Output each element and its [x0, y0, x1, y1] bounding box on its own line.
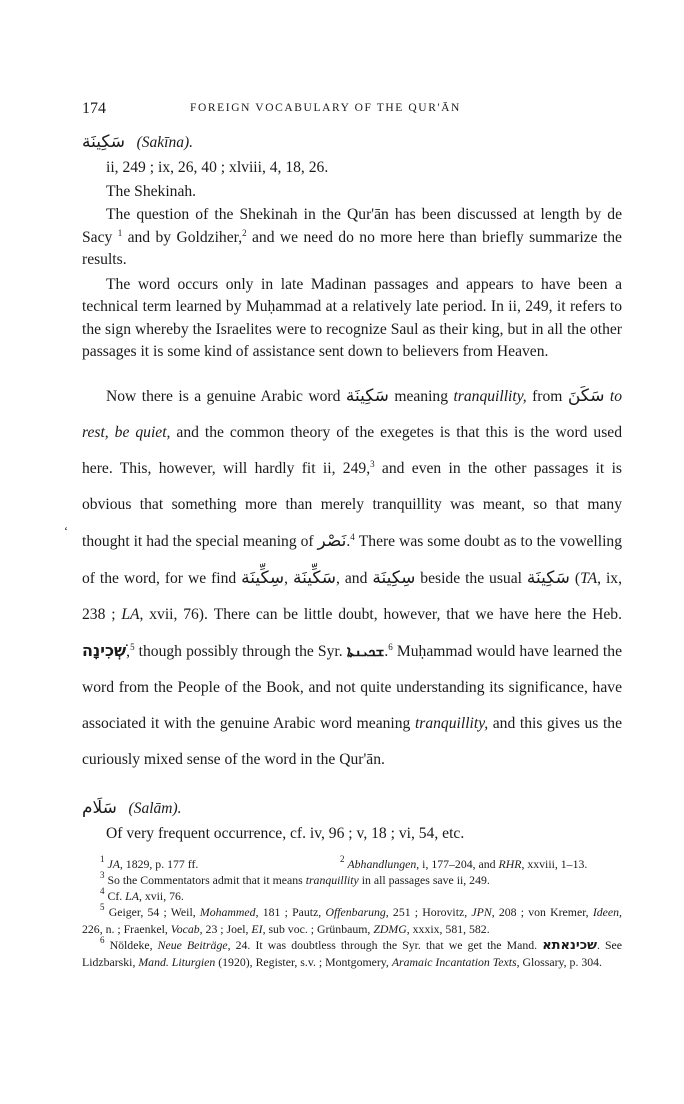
paragraph-1: The question of the Shekinah in the Qur'… [82, 204, 622, 272]
margin-mark: ʻ [64, 524, 68, 539]
paragraph-2: The word occurs only in late Madinan pas… [82, 274, 622, 364]
footnote-3: 3 So the Commentators admit that it mean… [82, 872, 622, 888]
arabic-word: سَكِينَة [346, 386, 389, 406]
arabic-word: سَكِّينَة [293, 568, 336, 588]
transliteration: (Salām). [129, 800, 182, 817]
quran-references: Of very frequent occurrence, cf. iv, 96 … [82, 822, 622, 846]
arabic-headword: سَلَام [82, 798, 117, 818]
entry-heading-sakina: سَكِينَة (Sakīna). [82, 128, 622, 156]
arabic-word: سِكِّينَة [241, 568, 284, 588]
footnote-4: 4 Cf. LA, xvii, 76. [82, 888, 622, 904]
footnote-1-2: 1 JA, 1829, p. 177 ff. 2 Abhandlungen, i… [82, 856, 622, 872]
transliteration: (Sakīna). [137, 134, 193, 151]
page-number: 174 [82, 100, 106, 118]
arabic-headword: سَكِينَة [82, 132, 125, 152]
quran-references: ii, 249 ; ix, 26, 40 ; xlviii, 4, 18, 26… [82, 156, 622, 180]
running-title: FOREIGN VOCABULARY OF THE QUR'ĀN [190, 102, 461, 114]
paragraph-3: Now there is a genuine Arabic word سَكِي… [82, 378, 622, 778]
gloss: The Shekinah. [82, 180, 622, 204]
syriac-word: ܫܟܝܢܬܐ [347, 642, 385, 660]
footnote-6: 6 Nöldeke, Neue Beiträge, 24. It was dou… [82, 937, 622, 971]
footnote-1: 1 JA, 1829, p. 177 ff. [100, 856, 340, 872]
arabic-word: سَكَنَ [568, 386, 605, 406]
footnotes: 1 JA, 1829, p. 177 ff. 2 Abhandlungen, i… [82, 856, 622, 971]
hebrew-word: שְׁכִינָה [82, 641, 126, 660]
arabic-word: نَصْر [318, 531, 347, 551]
footnote-2: 2 Abhandlungen, i, 177–204, and RHR, xxv… [340, 856, 587, 872]
arabic-word: سَكِينَة [527, 568, 570, 588]
book-page: 174 FOREIGN VOCABULARY OF THE QUR'ĀN سَك… [82, 100, 622, 971]
running-head: 174 FOREIGN VOCABULARY OF THE QUR'ĀN [82, 100, 622, 122]
footnote-5: 5 Geiger, 54 ; Weil, Mohammed, 181 ; Pau… [82, 904, 622, 937]
arabic-word: سِكِينَة [372, 568, 415, 588]
entry-heading-salam: سَلَام (Salām). [82, 794, 622, 822]
